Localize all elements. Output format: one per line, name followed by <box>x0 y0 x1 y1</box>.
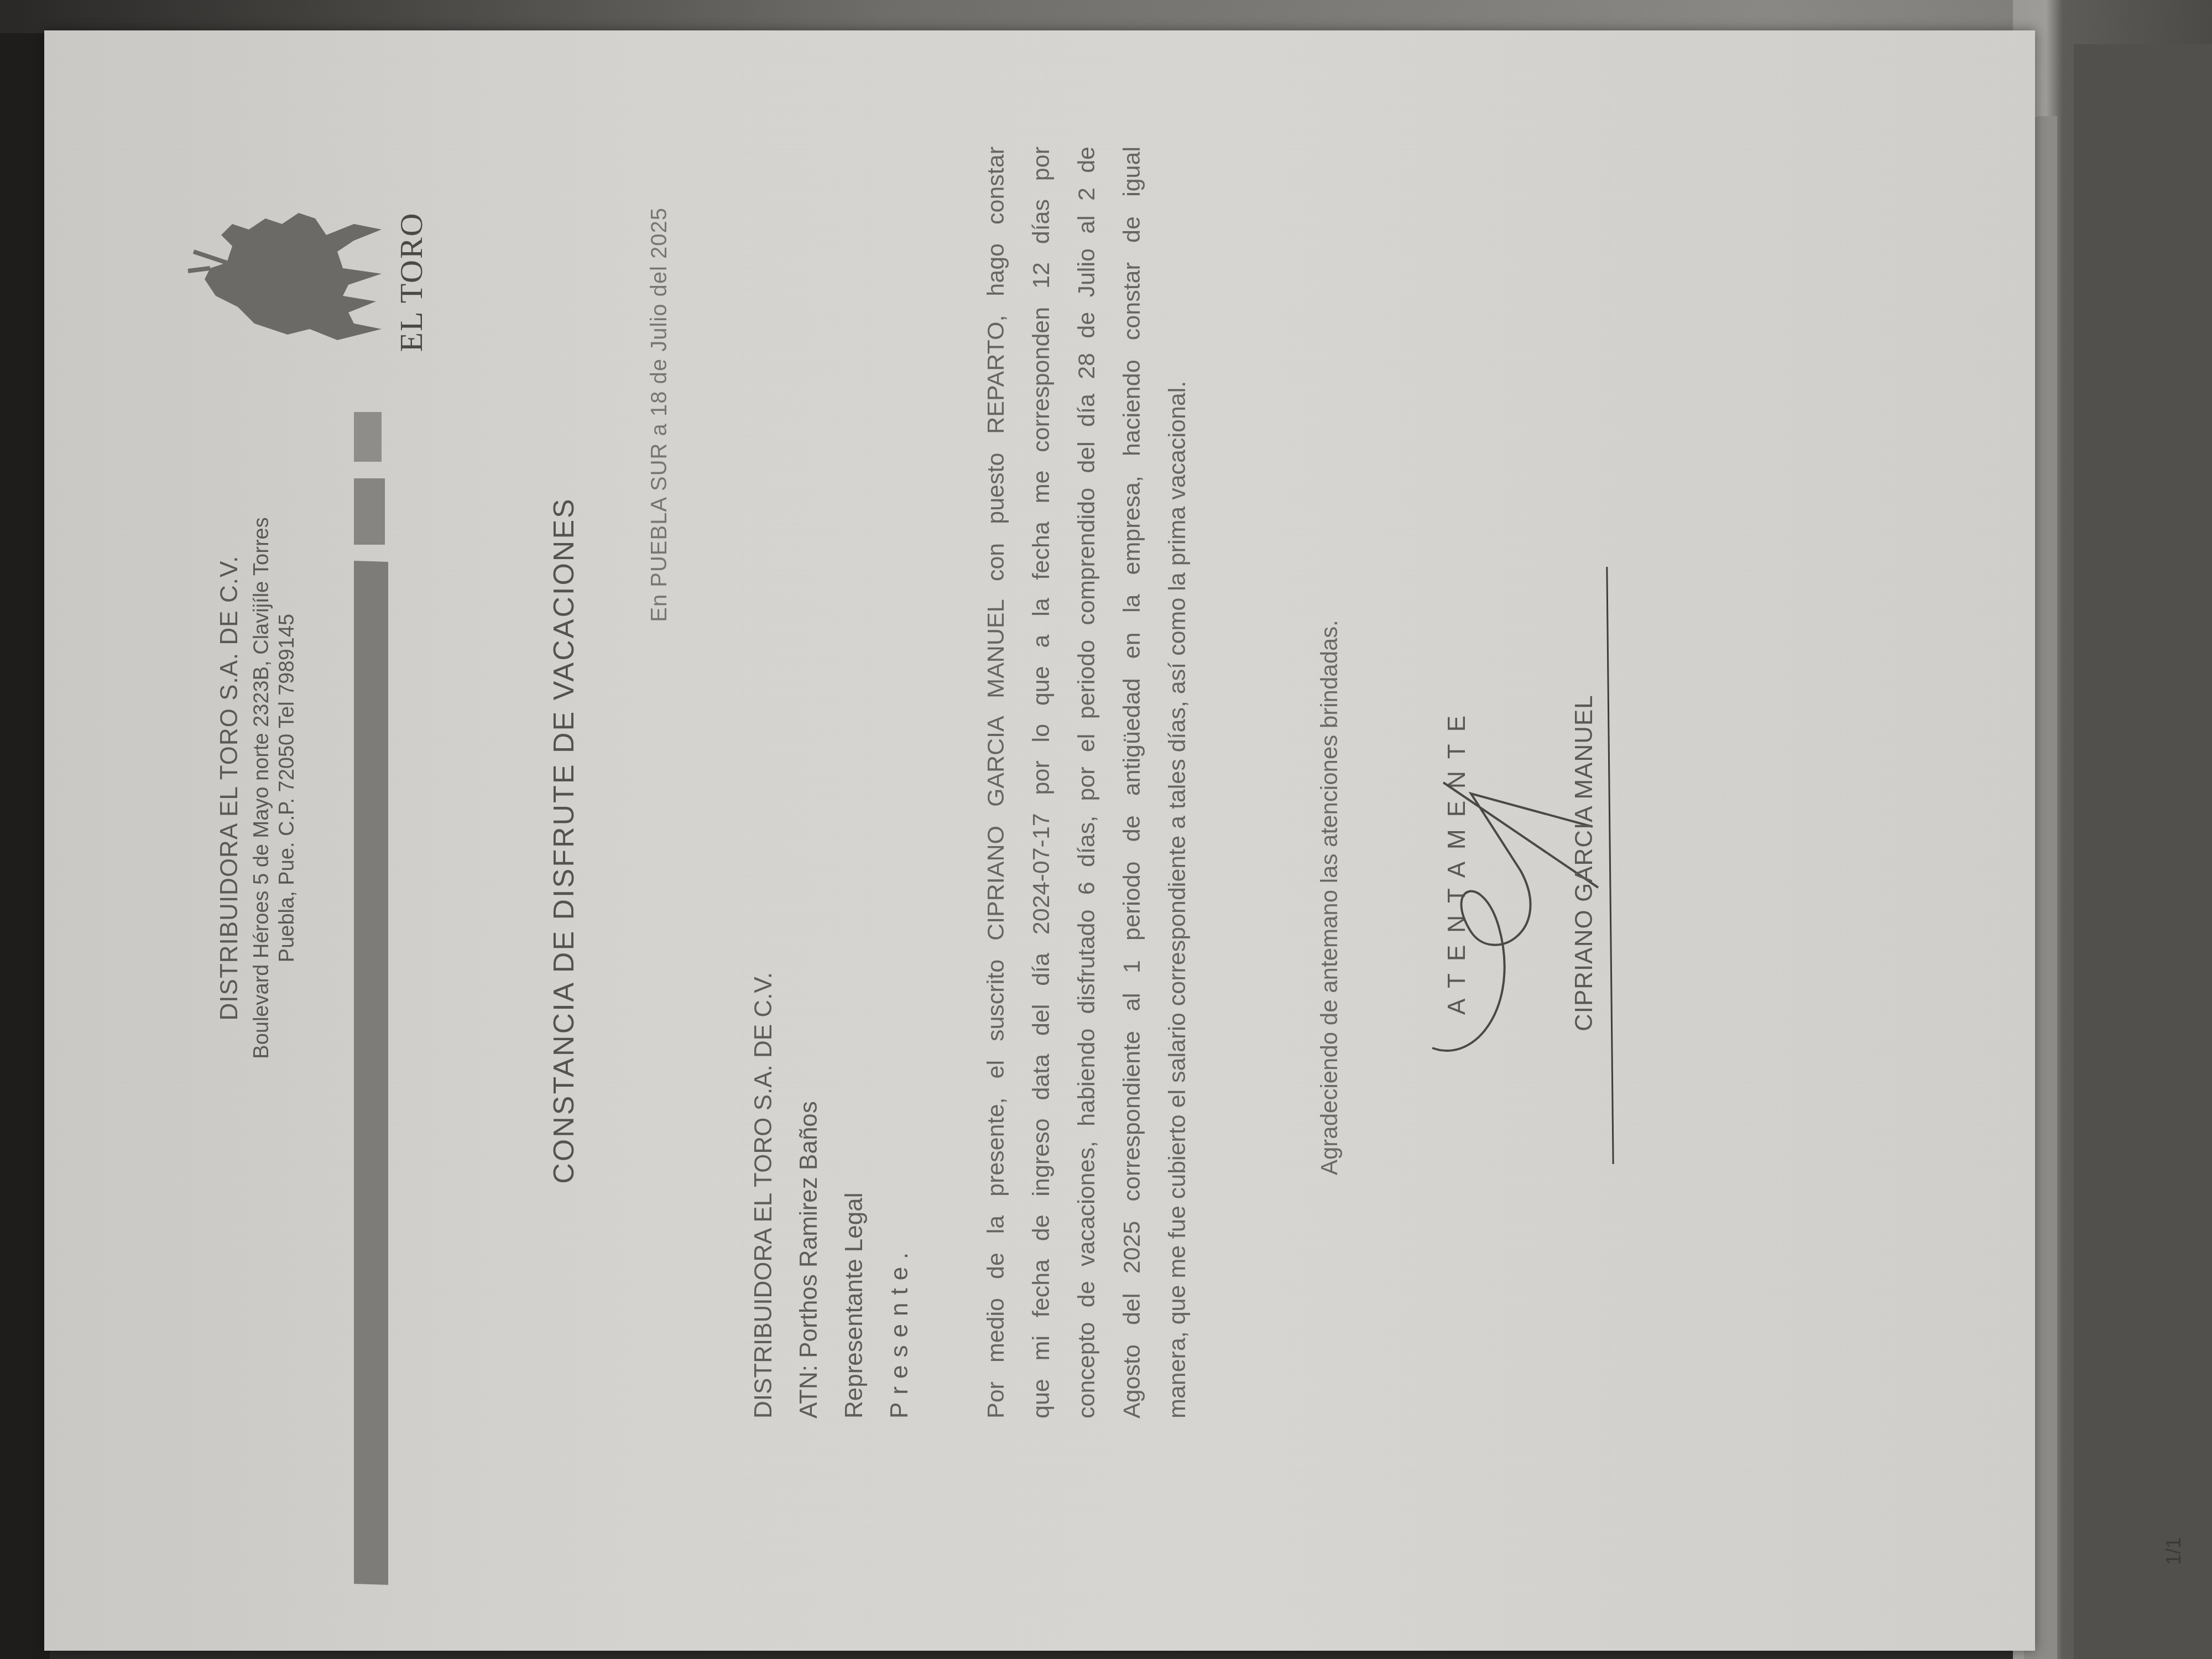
document-page: DISTRIBUIDORA EL TORO S.A. DE C.V. Boule… <box>44 30 2035 1651</box>
body-line: concepto de vacaciones, habiendo disfrut… <box>1064 147 1109 1418</box>
background-top <box>0 0 2212 33</box>
letterhead: DISTRIBUIDORA EL TORO S.A. DE C.V. Boule… <box>155 30 442 1651</box>
date-line: En PUEBLA SUR a 18 de Julio del 2025 <box>647 207 672 622</box>
body-line: Agosto del 2025 correspondiente al 1 per… <box>1109 147 1155 1418</box>
background-right-strip <box>2074 44 2212 1659</box>
body-line: Por medio de la presente, el suscrito CI… <box>973 147 1019 1418</box>
decorative-stripes <box>354 423 398 1584</box>
addressee-salutation: Presente. <box>877 972 922 1418</box>
addressee-block: DISTRIBUIDORA EL TORO S.A. DE C.V. ATN: … <box>741 972 922 1418</box>
body-line: que mi fecha de ingreso data del día 202… <box>1019 147 1064 1418</box>
page-indicator: 1/1 <box>2162 1537 2185 1565</box>
document-title: CONSTANCIA DE DISFRUTE DE VACACIONES <box>547 30 581 1651</box>
stripe-small-b <box>354 412 382 462</box>
address-line-2: Puebla, Pue. C.P. 72050 Tel 7989145 <box>274 401 300 1175</box>
body-paragraph: Por medio de la presente, el suscrito CI… <box>973 147 1200 1418</box>
company-name: DISTRIBUIDORA EL TORO S.A. DE C.V. <box>216 484 243 1092</box>
closing-sentence: Agradeciendo de antemano las atenciones … <box>1316 620 1343 1175</box>
stripe-small-a <box>354 478 385 545</box>
addressee-company: DISTRIBUIDORA EL TORO S.A. DE C.V. <box>741 972 786 1418</box>
background-left <box>0 0 50 1659</box>
logo-text: EL TORO <box>393 191 430 373</box>
stripe-main <box>354 561 388 1585</box>
address-line-1: Boulevard Héroes 5 de Mayo norte 2323B, … <box>249 401 274 1175</box>
body-line: manera, que me fue cubierto el salario c… <box>1155 147 1200 1418</box>
addressee-role: Representante Legal <box>832 972 877 1418</box>
bull-icon <box>171 196 404 362</box>
addressee-attention: ATN: Porthos Ramirez Baños <box>786 972 832 1418</box>
signer-name: CIPRIANO GARCIA MANUEL <box>1571 695 1598 1031</box>
company-address: Boulevard Héroes 5 de Mayo norte 2323B, … <box>249 401 300 1175</box>
